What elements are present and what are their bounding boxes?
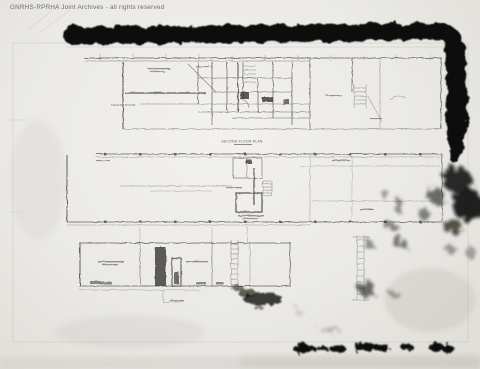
floor-plan-scan: TENANT ROOM SECOND FLOOR PLAN bbox=[0, 0, 480, 369]
scan-speckle-overlay bbox=[0, 0, 480, 369]
scanned-drawing-page: TENANT ROOM SECOND FLOOR PLAN bbox=[0, 0, 480, 369]
archive-watermark: GNRHS-RPRHA Joint Archives - all rights … bbox=[10, 4, 164, 11]
